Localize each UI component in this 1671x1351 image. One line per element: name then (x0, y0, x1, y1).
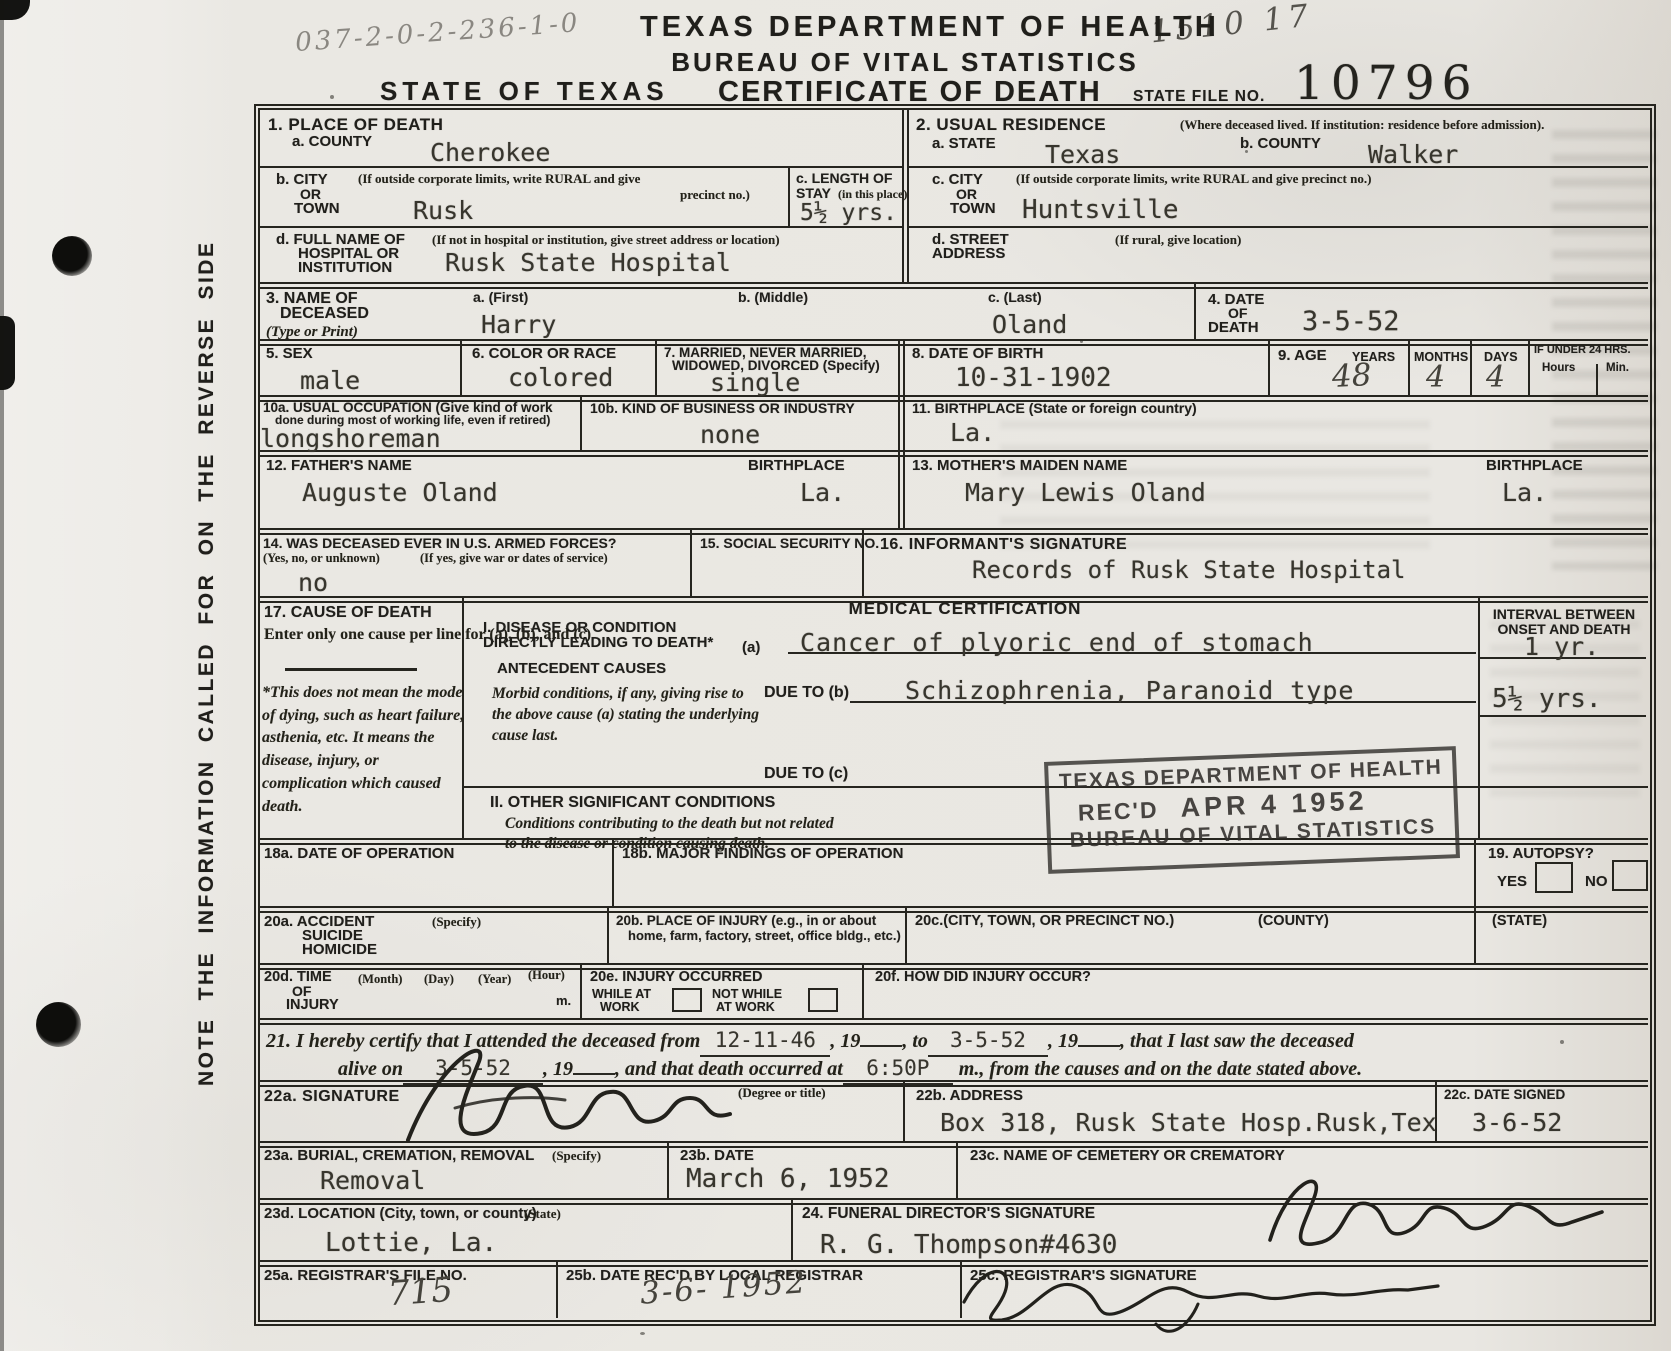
field-hint: (Specify) (432, 915, 481, 930)
date-of-birth-value: 10-31-1902 (955, 363, 1112, 393)
field-label: 24. FUNERAL DIRECTOR'S SIGNATURE (802, 1206, 1095, 1223)
grid-line (1470, 341, 1472, 395)
field-label: DEATH (1208, 320, 1259, 336)
grid-line (655, 341, 657, 395)
header-state: STATE OF TEXAS (380, 77, 669, 105)
interval-b-value: 5½ yrs. (1492, 684, 1602, 714)
sex-value: male (300, 366, 360, 395)
registrar-signature (950, 1252, 1450, 1344)
age-years-value: 48 (1331, 357, 1372, 395)
grid-line (260, 166, 902, 168)
medical-certification-title: MEDICAL CERTIFICATION (740, 600, 1190, 618)
grid-line (260, 1018, 1648, 1025)
field-label: b. COUNTY (1240, 136, 1321, 152)
grid-line (556, 1262, 558, 1318)
grid-line (903, 1082, 905, 1141)
residence-city-value: Huntsville (1022, 195, 1179, 225)
grid-line (898, 341, 905, 395)
field-hint: (Month) (358, 972, 402, 986)
grid-line (1528, 341, 1530, 395)
autopsy-no-checkbox[interactable] (1612, 860, 1648, 891)
field-label: DUE TO (c) (764, 765, 848, 782)
grid-line (956, 1143, 958, 1198)
cause-a-value: Cancer of plyoric end of stomach (800, 628, 1314, 657)
field-label: 2. USUAL RESIDENCE (916, 116, 1106, 134)
grid-line (690, 530, 692, 596)
blank-underline (860, 1027, 902, 1047)
field-label: 8. DATE OF BIRTH (912, 346, 1043, 362)
dust-speck (330, 95, 334, 99)
autopsy-no-label: NO (1585, 874, 1608, 890)
margin-note: NOTE THE INFORMATION CALLED FOR ON THE R… (196, 274, 219, 1086)
field-label: 11. BIRTHPLACE (State or foreign country… (912, 401, 1197, 416)
field-hint: (If outside corporate limits, write RURA… (1016, 172, 1371, 187)
scan-edge-strip (0, 0, 4, 1351)
field-hint: (If outside corporate limits, write RURA… (358, 172, 640, 187)
field-label: a. STATE (932, 136, 996, 152)
city-of-death-value: Rusk (413, 196, 473, 225)
age-months-value: 4 (1426, 360, 1445, 395)
field-hint: (Yes, no, or unknown) (263, 551, 380, 565)
grid-line (788, 166, 790, 226)
residence-county-value: Walker (1368, 140, 1458, 169)
field-label: 20c.(CITY, TOWN, OR PRECINCT NO.) (915, 914, 1174, 930)
grid-line (1474, 840, 1476, 906)
received-stamp: TEXAS DEPARTMENT OF HEALTH REC'D APR 4 1… (1044, 746, 1460, 874)
armed-forces-value: no (298, 568, 328, 597)
mother-birthplace-value: La. (1502, 478, 1547, 507)
cert-text: m., from the causes and on the date stat… (959, 1056, 1362, 1083)
institution-value: Rusk State Hospital (445, 248, 731, 277)
mother-name-value: Mary Lewis Oland (965, 478, 1206, 507)
field-label: AT WORK (716, 1001, 775, 1015)
interval-a-value: 1 yr. (1524, 632, 1599, 661)
burial-type-value: Removal (320, 1166, 425, 1195)
father-birthplace-value: La. (800, 478, 845, 507)
date-signed-value: 3-6-52 (1472, 1108, 1562, 1137)
field-label: c. LENGTH OF (796, 171, 892, 186)
grid-line (898, 397, 905, 450)
attended-to-value: 3-5-52 (928, 1026, 1048, 1057)
grid-line (898, 452, 905, 528)
cause-b-value: Schizophrenia, Paranoid type (905, 676, 1354, 705)
grid-line (905, 908, 907, 963)
scan-edge-blob (0, 0, 30, 20)
field-label: STAY (796, 186, 831, 201)
grid-line (607, 908, 609, 963)
field-label: 20e. INJURY OCCURRED (590, 970, 762, 986)
blank-underline (1078, 1027, 1120, 1047)
field-label: (STATE) (1492, 914, 1547, 930)
grid-line (580, 397, 582, 450)
field-hint: (Where deceased lived. If institution: r… (1180, 118, 1640, 133)
field-hint: precinct no.) (680, 188, 750, 203)
grid-line (580, 965, 582, 1018)
injury-not-while-at-work-checkbox[interactable] (808, 988, 838, 1012)
field-label: c. (Last) (988, 290, 1042, 305)
field-label: 16. INFORMANT'S SIGNATURE (880, 536, 1127, 553)
cause-instruction: Enter only one cause per line for (a), (… (264, 625, 459, 645)
field-label: INJURY (286, 998, 339, 1014)
field-label: 18b. MAJOR FINDINGS OF OPERATION (622, 846, 903, 862)
antecedent-hint: Morbid conditions, if any, giving rise t… (492, 684, 760, 747)
cert-text: , 19 (830, 1028, 860, 1055)
field-hint: (State) (524, 1207, 561, 1222)
field-label: 23c. NAME OF CEMETERY OR CREMATORY (970, 1148, 1285, 1164)
field-label: BIRTHPLACE (748, 458, 845, 474)
grid-line (260, 906, 1648, 913)
cause-footnote: *This does not mean the mode of dying, s… (262, 682, 467, 818)
cert-text: , to (902, 1028, 928, 1055)
header-bureau: BUREAU OF VITAL STATISTICS (640, 48, 1170, 76)
last-name-value: Oland (992, 310, 1067, 339)
grid-line (260, 282, 1648, 289)
field-label: m. (556, 994, 571, 1008)
field-label: HOMICIDE (302, 942, 377, 958)
handwritten-file-code: 037-2-0-2-236-1-0 (294, 8, 581, 58)
header-department: TEXAS DEPARTMENT OF HEALTH (640, 12, 1170, 43)
injury-while-at-work-checkbox[interactable] (672, 988, 702, 1012)
field-label: WORK (600, 1001, 640, 1015)
field-hint: (If yes, give war or dates of service) (420, 551, 608, 565)
field-label: 22c. DATE SIGNED (1444, 1088, 1565, 1103)
field-label: Hours (1542, 362, 1575, 374)
field-label: DECEASED (280, 305, 369, 322)
field-label: (a) (742, 640, 760, 656)
marital-status-value: single (710, 368, 800, 397)
certificate-title: CERTIFICATE OF DEATH (718, 77, 1090, 108)
field-label: INSTITUTION (298, 260, 392, 276)
cert-text: alive on (338, 1056, 403, 1083)
death-certificate-scan: NOTE THE INFORMATION CALLED FOR ON THE R… (0, 0, 1671, 1351)
field-label: ADDRESS (932, 246, 1005, 262)
field-label: 22a. SIGNATURE (264, 1088, 400, 1105)
burial-location-value: Lottie, La. (325, 1228, 497, 1258)
grid-line (907, 166, 1648, 168)
grid-line (862, 965, 864, 1018)
physician-address-value: Box 318, Rusk State Hosp.Rusk,Tex (940, 1108, 1437, 1137)
field-hint: (Type or Print) (266, 322, 358, 342)
first-name-value: Harry (481, 310, 556, 339)
father-name-value: Auguste Oland (302, 478, 498, 507)
grid-line (1194, 284, 1196, 339)
county-of-death-value: Cherokee (430, 138, 550, 167)
state-file-number: 10796 (1294, 56, 1479, 111)
field-label: 20f. HOW DID INJURY OCCUR? (875, 970, 1091, 986)
field-label: DUE TO (b) (764, 684, 849, 701)
grid-line (791, 1200, 793, 1260)
state-file-no-label: STATE FILE NO. (1133, 89, 1265, 106)
field-label: 12. FATHER'S NAME (266, 458, 412, 474)
industry-value: none (700, 420, 760, 449)
autopsy-yes-label: YES (1497, 874, 1527, 890)
occupation-value: longshoreman (260, 424, 441, 453)
date-of-death-value: 3-5-52 (1302, 306, 1400, 337)
field-label: TOWN (950, 201, 996, 217)
field-label: II. OTHER SIGNIFICANT CONDITIONS (490, 794, 775, 811)
field-label: (COUNTY) (1258, 914, 1329, 930)
grid-line (260, 226, 902, 228)
field-label: 19. AUTOPSY? (1488, 846, 1594, 862)
field-label: Min. (1606, 362, 1629, 374)
field-label: 20b. PLACE OF INJURY (e.g., in or about (616, 914, 876, 929)
grid-line (1596, 364, 1598, 395)
grid-line (1268, 341, 1270, 395)
grid-line (260, 528, 1648, 535)
autopsy-yes-checkbox[interactable] (1535, 862, 1573, 893)
cert-text: , 19 (1048, 1028, 1078, 1055)
field-hint: (Year) (478, 972, 511, 986)
age-days-value: 4 (1486, 360, 1505, 395)
length-of-stay-value: 5½ yrs. (800, 200, 897, 226)
field-hint: (Degree or title) (738, 1086, 826, 1101)
registrar-file-no-value: 715 (387, 1270, 455, 1314)
field-label: 22b. ADDRESS (916, 1088, 1023, 1104)
field-label: 5. SEX (266, 346, 313, 362)
field-label: 9. AGE (1278, 348, 1327, 364)
field-label: 18a. DATE OF OPERATION (264, 846, 454, 862)
grid-line (907, 226, 1648, 228)
birthplace-value: La. (950, 418, 995, 447)
field-label: BIRTHPLACE (1486, 458, 1583, 474)
field-label: DIRECTLY LEADING TO DEATH* (483, 635, 713, 651)
field-label: 17. CAUSE OF DEATH (264, 604, 432, 621)
stamp-recd: REC'D (1077, 797, 1159, 827)
divider-rule (285, 668, 417, 671)
informant-value: Records of Rusk State Hospital (972, 556, 1405, 584)
cert-text: , that I last saw the deceased (1120, 1028, 1354, 1055)
field-label: TOWN (294, 201, 340, 217)
grid-line (460, 341, 462, 395)
field-label: IF UNDER 24 HRS. (1534, 345, 1631, 357)
field-label: 15. SOCIAL SECURITY NO. (700, 536, 879, 551)
residence-state-value: Texas (1045, 140, 1120, 169)
field-hint: (If rural, give location) (1115, 233, 1241, 248)
grid-line (1408, 341, 1410, 395)
field-label: 1. PLACE OF DEATH (268, 116, 443, 134)
field-label: home, farm, factory, street, office bldg… (628, 929, 901, 943)
field-label: 6. COLOR OR RACE (472, 346, 616, 362)
field-label: b. (Middle) (738, 290, 808, 305)
grid-line (260, 450, 1648, 457)
field-label: ANTECEDENT CAUSES (497, 661, 666, 677)
field-label: a. COUNTY (292, 134, 372, 150)
field-hint: (If not in hospital or institution, give… (432, 233, 780, 248)
field-hint: (Hour) (528, 968, 565, 982)
write-line-interval-b (1480, 715, 1646, 717)
burial-date-value: March 6, 1952 (686, 1164, 890, 1194)
field-hint: (Day) (424, 972, 454, 986)
race-value: colored (508, 363, 613, 392)
time-of-death-value: 6:50P (843, 1054, 953, 1085)
field-label: 13. MOTHER'S MAIDEN NAME (912, 458, 1127, 474)
grid-line (1474, 908, 1476, 963)
hole-punch (36, 1002, 81, 1047)
field-label: a. (First) (473, 290, 528, 305)
field-label: 23d. LOCATION (City, town, or county) (264, 1206, 537, 1222)
physician-signature (400, 1030, 740, 1158)
grid-line (1478, 598, 1480, 838)
hole-punch (52, 236, 92, 276)
field-label: 14. WAS DECEASED EVER IN U.S. ARMED FORC… (263, 536, 616, 551)
field-label: 10b. KIND OF BUSINESS OR INDUSTRY (590, 401, 855, 416)
dust-speck (640, 1332, 645, 1335)
